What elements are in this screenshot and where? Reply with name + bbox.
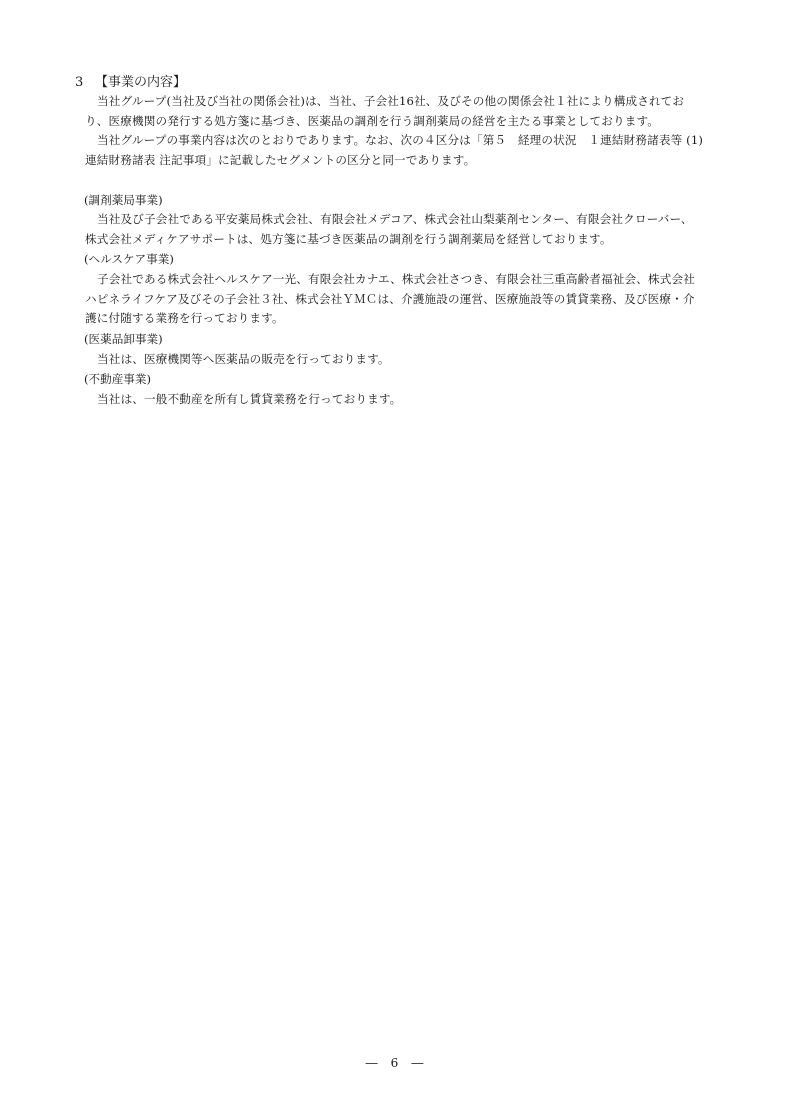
intro-line: 当社グループの事業内容は次のとおりであります。なお、次の４区分は「第５ 経理の状…: [85, 131, 713, 151]
segment-body-real-estate: 当社は、一般不動産を所有し賃貸業務を行っております。: [85, 390, 713, 410]
intro-paragraphs: 当社グループ(当社及び当社の関係会社)は、当社、子会社16社、及びその他の関係会…: [85, 92, 713, 170]
section-title: 【事業の内容】: [95, 75, 186, 90]
segment-label-real-estate: (不動産事業): [84, 370, 151, 390]
segment-line: 当社は、医療機関等へ医薬品の販売を行っております。: [85, 350, 713, 370]
intro-line: 連結財務諸表 注記事項」に記載したセグメントの区分と同一であります。: [85, 151, 713, 171]
intro-line: り、医療機関の発行する処方箋に基づき、医薬品の調剤を行う調剤薬局の経営を主たる事…: [85, 112, 713, 132]
document-page: 3【事業の内容】 当社グループ(当社及び当社の関係会社)は、当社、子会社16社、…: [0, 0, 790, 1118]
segment-body-healthcare: 子会社である株式会社ヘルスケア一光、有限会社カナエ、株式会社さつき、有限会社三重…: [85, 270, 713, 329]
section-number: 3: [75, 73, 95, 92]
footer-dash-left: ―: [366, 1055, 379, 1071]
segment-line: 当社及び子会社である平安薬局株式会社、有限会社メデコア、株式会社山梨薬剤センター…: [85, 210, 713, 230]
segment-body-dispensing-pharmacy: 当社及び子会社である平安薬局株式会社、有限会社メデコア、株式会社山梨薬剤センター…: [85, 210, 713, 249]
segment-line: 護に付随する業務を行っております。: [85, 309, 713, 329]
page-footer: ―6―: [0, 1055, 790, 1071]
segment-line: 子会社である株式会社ヘルスケア一光、有限会社カナエ、株式会社さつき、有限会社三重…: [85, 270, 713, 290]
page-number: 6: [391, 1056, 400, 1070]
footer-dash-right: ―: [411, 1055, 424, 1071]
segment-label-healthcare: (ヘルスケア事業): [84, 250, 174, 270]
segment-body-pharma-wholesale: 当社は、医療機関等へ医薬品の販売を行っております。: [85, 350, 713, 370]
segment-label-pharma-wholesale: (医薬品卸事業): [84, 330, 163, 350]
segment-line: 株式会社メディケアサポートは、処方箋に基づき医薬品の調剤を行う調剤薬局を経営して…: [85, 230, 713, 250]
intro-line: 当社グループ(当社及び当社の関係会社)は、当社、子会社16社、及びその他の関係会…: [85, 92, 713, 112]
segment-label-dispensing-pharmacy: (調剤薬局事業): [84, 191, 163, 211]
section-heading: 3【事業の内容】: [75, 73, 186, 92]
segment-line: 当社は、一般不動産を所有し賃貸業務を行っております。: [85, 390, 713, 410]
segment-line: ハピネライフケア及びその子会社３社、株式会社ＹＭＣは、介護施設の運営、医療施設等…: [85, 290, 713, 310]
